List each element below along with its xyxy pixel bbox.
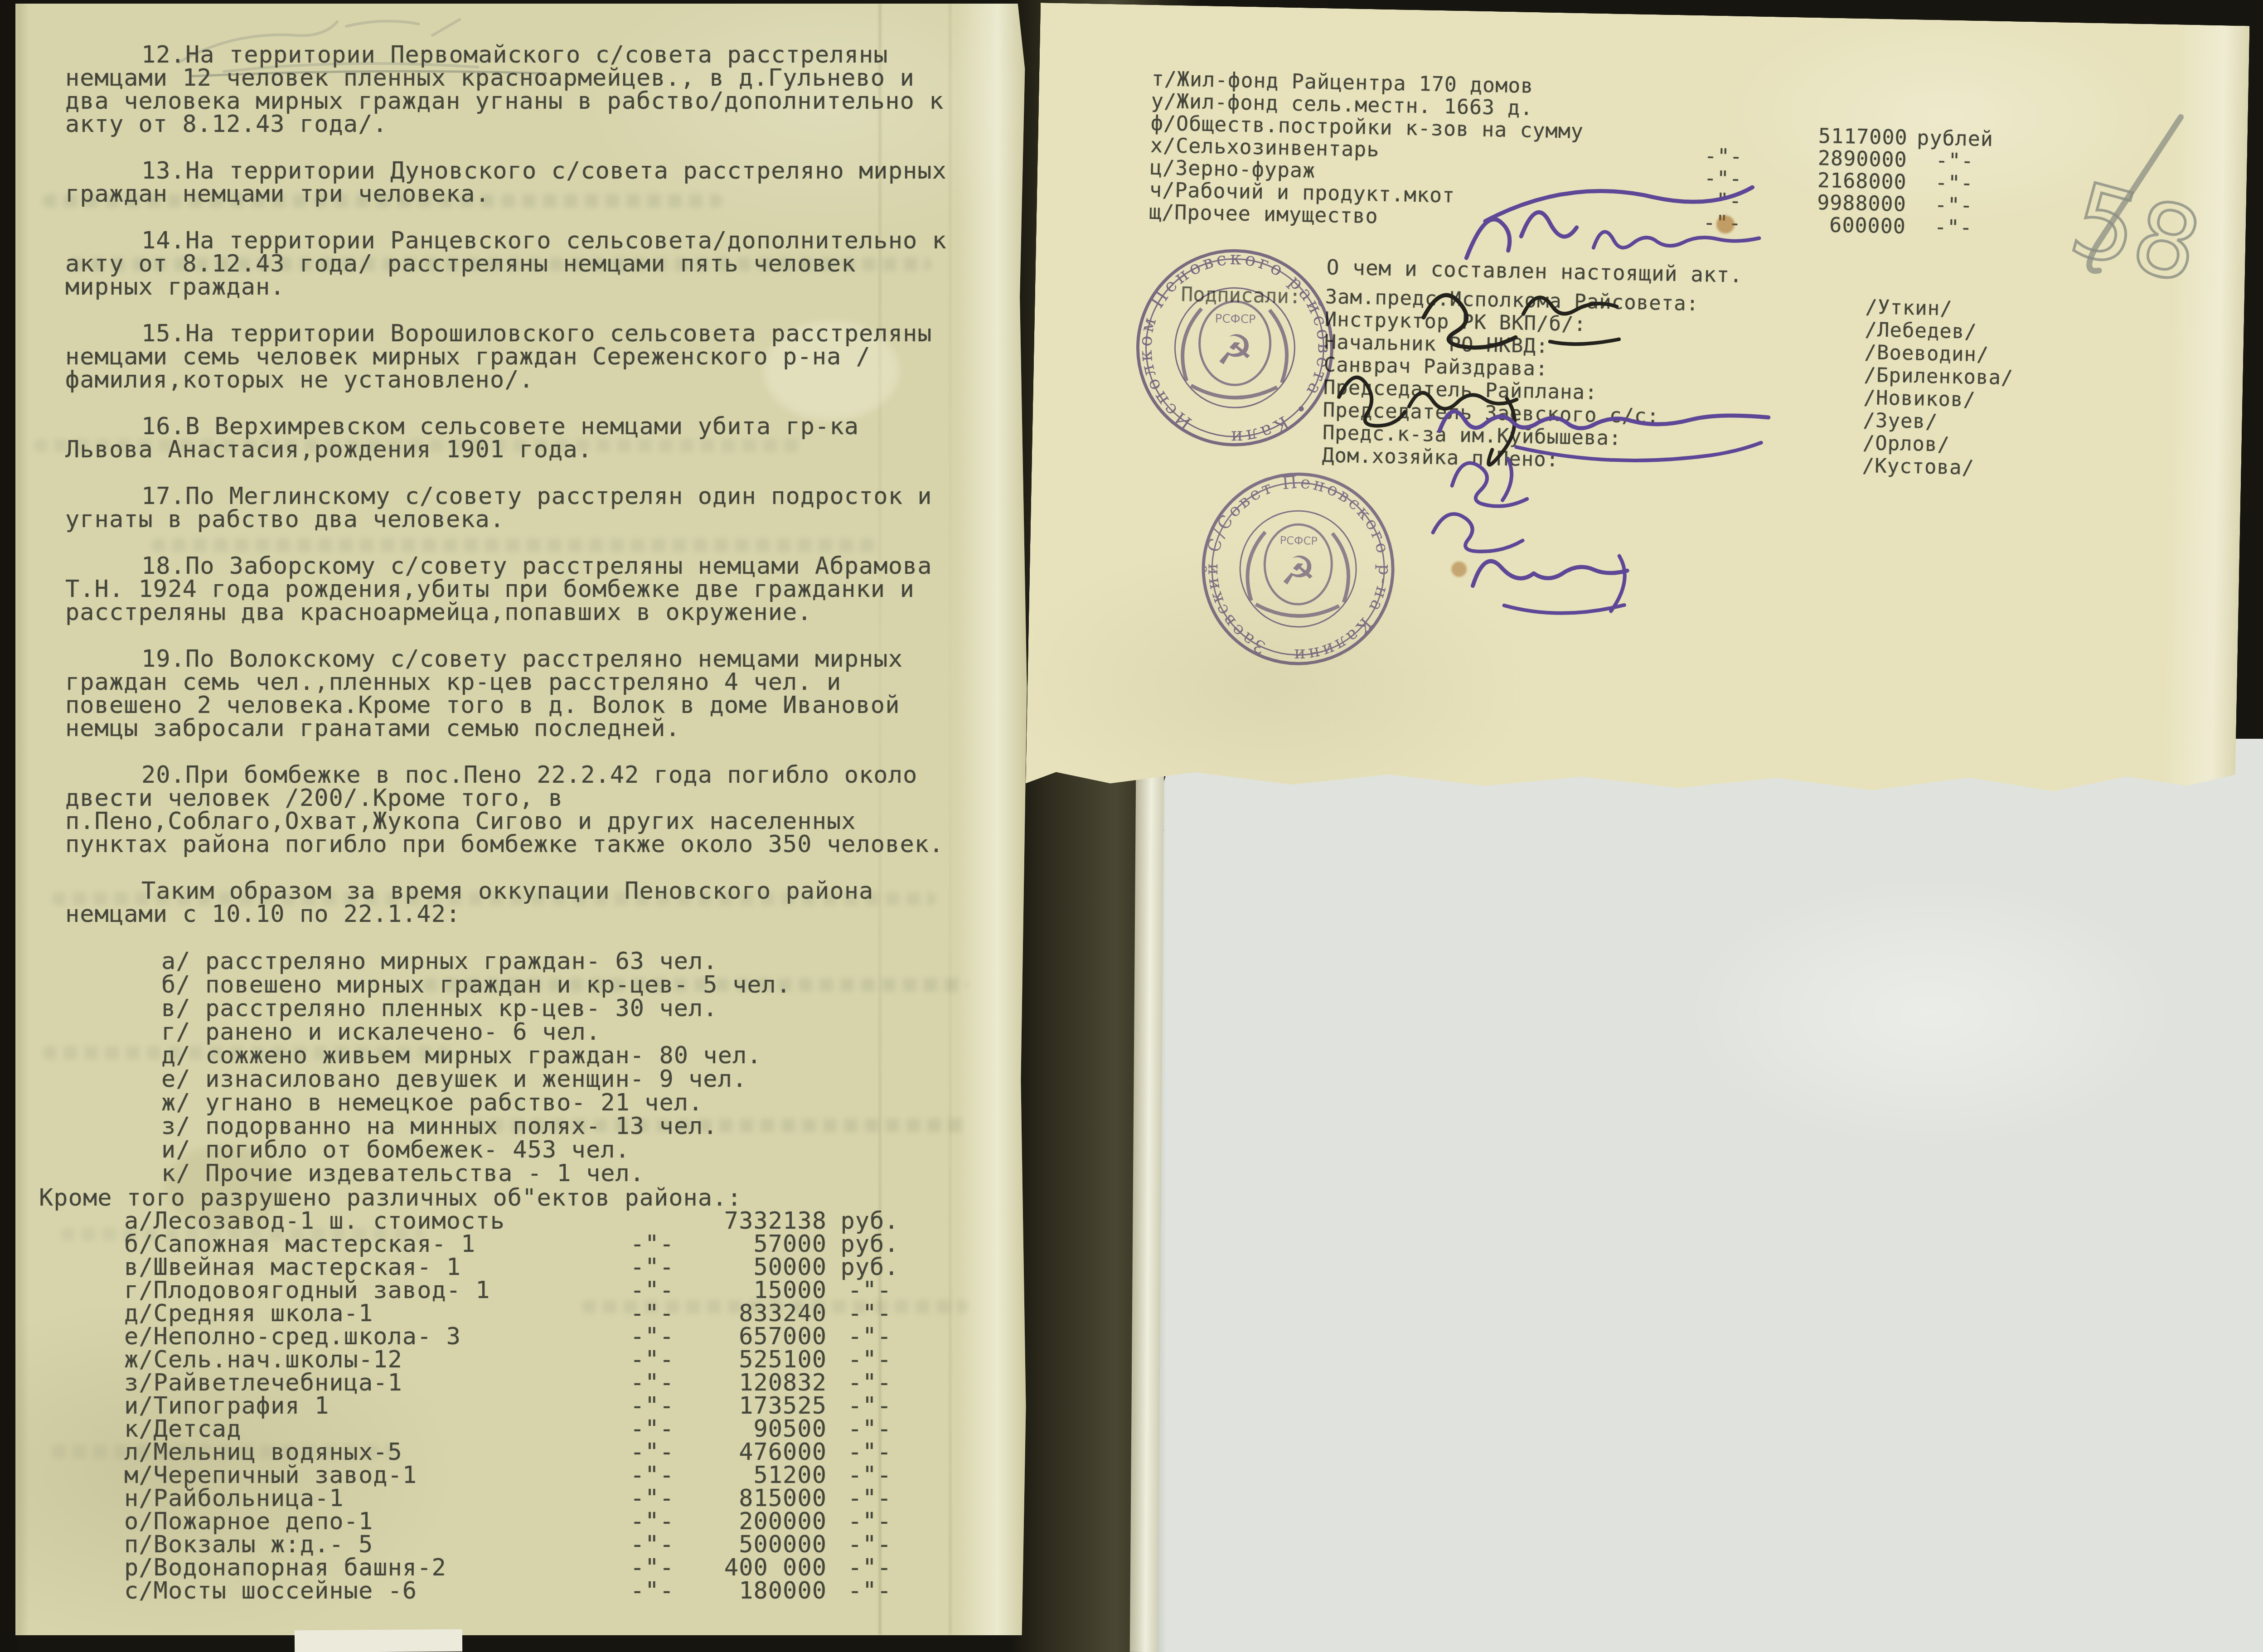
- destroyed-value: 476000: [691, 1441, 827, 1464]
- numbered-paragraphs: 12.На территории Первомайского с/совета …: [65, 44, 954, 856]
- destroyed-item: е/Неполно-сред.школа- 3: [124, 1325, 614, 1348]
- destroyed-item: к/Детсад: [124, 1418, 614, 1441]
- signature-names: /Уткин//Лебедев//Воеводин//Бриленкова//Н…: [1862, 296, 2015, 480]
- casualty-line: д/ сожжено живьем мирных граждан- 80 чел…: [65, 1044, 954, 1067]
- property-value: 2890000: [1762, 146, 1907, 171]
- destroyed-unit: руб.: [827, 1256, 913, 1279]
- property-unit: -"-: [1906, 171, 2002, 195]
- numbered-paragraph: 18.По Заборскому с/совету расстреляны не…: [65, 555, 954, 624]
- destroyed-item: н/Райбольница-1: [124, 1487, 614, 1510]
- destroyed-row: л/Мельниц водяных-5-"-476000-"-: [124, 1441, 954, 1464]
- page-number-text: 58: [2059, 161, 2212, 306]
- signature-typed-name: /Орлов/: [1862, 432, 2012, 457]
- casualty-line: и/ погибло от бомбежек- 453 чел.: [65, 1138, 954, 1162]
- rsfsr-emblem: РСФСР ☭: [1182, 300, 1288, 398]
- destroyed-row: м/Черепичный завод-1-"-51200-"-: [124, 1464, 954, 1487]
- destroyed-value: 200000: [691, 1510, 827, 1533]
- ditto-mark: [1686, 100, 1763, 123]
- destroyed-objects-table: а/Лесозавод-1 ш. стоимость7332138руб.б/С…: [65, 1210, 954, 1603]
- ditto-mark: -"-: [614, 1418, 691, 1441]
- destroyed-unit: -"-: [827, 1325, 913, 1348]
- destroyed-row: з/Райветлечебница-1-"-120832-"-: [124, 1371, 954, 1395]
- ditto-mark: -"-: [614, 1556, 691, 1579]
- destroyed-item: г/Плодовоягодный завод- 1: [124, 1279, 614, 1302]
- ditto-mark: -"-: [614, 1533, 691, 1556]
- numbered-paragraph: 15.На территории Ворошиловского сельсове…: [65, 322, 954, 392]
- property-unit: -"-: [1907, 149, 2002, 173]
- destroyed-unit: -"-: [827, 1395, 913, 1418]
- destroyed-value: 173525: [691, 1395, 827, 1418]
- ditto-mark: -"-: [614, 1441, 691, 1464]
- destroyed-item: о/Пожарное депо-1: [124, 1510, 614, 1533]
- casualty-line: б/ повешено мирных граждан и кр-цев- 5 ч…: [65, 973, 954, 997]
- ditto-mark: -"-: [614, 1233, 691, 1256]
- destroyed-unit: -"-: [827, 1464, 913, 1487]
- ispolkom-round-stamp: Исполком Пеновского райсовета • Калининс…: [1131, 244, 1339, 452]
- destroyed-value: 657000: [691, 1325, 827, 1348]
- destroyed-unit: -"-: [827, 1510, 913, 1533]
- svg-text:☭: ☭: [1280, 547, 1317, 594]
- zaevsky-selsovet-round-stamp: Заевский С/Совет Пеновского р-на Калинин…: [1197, 467, 1400, 670]
- destroyed-item: р/Водонапорная башня-2: [124, 1556, 614, 1579]
- summary-intro: Таким образом за время оккупации Пеновск…: [65, 880, 954, 926]
- destroyed-row: р/Водонапорная башня-2-"-400 000-"-: [124, 1556, 954, 1579]
- destroyed-value: 500000: [691, 1533, 827, 1556]
- signature-typed-name: /Бриленкова/: [1864, 364, 2014, 389]
- svg-text:РСФСР: РСФСР: [1279, 534, 1318, 547]
- casualty-line: з/ подорванно на минных полях- 13 чел.: [65, 1114, 954, 1138]
- destroyed-unit: руб.: [827, 1233, 913, 1256]
- destroyed-unit: -"-: [827, 1441, 913, 1464]
- signature-typed-name: /Новиков/: [1863, 387, 2013, 412]
- property-value: 9988000: [1761, 190, 1906, 215]
- numbered-paragraph: 13.На территории Дуновского с/совета рас…: [65, 160, 954, 206]
- destroyed-item: з/Райветлечебница-1: [124, 1371, 614, 1395]
- property-value: 600000: [1760, 213, 1906, 237]
- property-value: [1763, 79, 1909, 104]
- casualty-line: в/ расстреляно пленных кр-цев- 30 чел.: [65, 997, 954, 1020]
- destroyed-value: 15000: [691, 1279, 827, 1302]
- destroyed-item: ж/Сель.нач.школы-12: [124, 1348, 614, 1371]
- destroyed-value: 7332138: [691, 1210, 827, 1233]
- right-page: т/Жил-фонд Райцентра 170 домову/Жил-фонд…: [1025, 3, 2249, 823]
- destroyed-row: и/Типография 1-"-173525-"-: [124, 1395, 954, 1418]
- ditto-mark: [614, 1210, 691, 1233]
- destroyed-row: б/Сапожная мастерская- 1-"-57000руб.: [124, 1233, 954, 1256]
- ditto-mark: -"-: [614, 1464, 691, 1487]
- ditto-mark: -"-: [614, 1279, 691, 1302]
- ditto-mark: -"-: [1685, 144, 1762, 168]
- casualty-line: к/ Прочие издевательства - 1 чел.: [65, 1162, 954, 1185]
- property-value: 5117000: [1762, 124, 1908, 149]
- destroyed-value: 50000: [691, 1256, 827, 1279]
- ditto-mark: -"-: [614, 1348, 691, 1371]
- destroyed-unit: -"-: [827, 1556, 913, 1579]
- numbered-paragraph: 12.На территории Первомайского с/совета …: [65, 44, 954, 136]
- destroyed-unit: -"-: [827, 1579, 913, 1603]
- property-unit: [1908, 104, 2003, 128]
- ditto-mark: -"-: [614, 1487, 691, 1510]
- destroyed-row: н/Райбольница-1-"-815000-"-: [124, 1487, 954, 1510]
- destroyed-unit: -"-: [827, 1302, 913, 1325]
- destroyed-objects-header: Кроме того разрушено различных об"ектов …: [39, 1186, 954, 1210]
- ditto-mark: -"-: [614, 1302, 691, 1325]
- destroyed-row: ж/Сель.нач.школы-12-"-525100-"-: [124, 1348, 954, 1371]
- ditto-mark: -"-: [614, 1371, 691, 1395]
- destroyed-value: 90500: [691, 1418, 827, 1441]
- ditto-mark: -"-: [614, 1256, 691, 1279]
- svg-text:РСФСР: РСФСР: [1215, 312, 1256, 327]
- svg-text:☭: ☭: [1216, 326, 1254, 375]
- destroyed-unit: -"-: [827, 1533, 913, 1556]
- destroyed-value: 400 000: [691, 1556, 827, 1579]
- ditto-mark: -"-: [614, 1395, 691, 1418]
- signature-typed-name: /Воеводин/: [1864, 341, 2014, 367]
- signature-utkin-ink: [1457, 167, 1776, 280]
- typed-text-block: 12.На территории Первомайского с/совета …: [65, 44, 954, 1603]
- property-value: 2168000: [1761, 168, 1907, 193]
- signature-typed-name: /Кустова/: [1862, 455, 2012, 480]
- destroyed-value: 180000: [691, 1579, 827, 1603]
- destroyed-value: 57000: [691, 1233, 827, 1256]
- destroyed-row: п/Вокзалы ж:д.- 5-"-500000-"-: [124, 1533, 954, 1556]
- ditto-mark: -"-: [614, 1325, 691, 1348]
- casualty-line: ж/ угнано в немецкое рабство- 21 чел.: [65, 1091, 954, 1114]
- ditto-mark: -"-: [614, 1510, 691, 1533]
- underlying-sheet: [1155, 739, 2263, 1652]
- destroyed-item: п/Вокзалы ж:д.- 5: [124, 1533, 614, 1556]
- property-unit: рублей: [1907, 126, 2003, 150]
- destroyed-value: 51200: [691, 1464, 827, 1487]
- signature-typed-name: /Лебедев/: [1865, 319, 2015, 344]
- destroyed-unit: -"-: [827, 1487, 913, 1510]
- property-unit: -"-: [1905, 215, 2001, 239]
- signature-typed-name: /Уткин/: [1865, 296, 2015, 321]
- destroyed-item: и/Типография 1: [124, 1395, 614, 1418]
- numbered-paragraph: 14.На территории Ранцевского сельсовета/…: [65, 229, 954, 299]
- destroyed-item: в/Швейная мастерская- 1: [124, 1256, 614, 1279]
- destroyed-value: 833240: [691, 1302, 827, 1325]
- destroyed-row: д/Средняя школа-1-"-833240-"-: [124, 1302, 954, 1325]
- rsfsr-emblem: РСФСР ☭: [1247, 523, 1350, 617]
- left-page: 12.На территории Первомайского с/совета …: [15, 4, 1028, 1635]
- numbered-paragraph: 16.В Верхимревском сельсовете немцами уб…: [65, 415, 954, 461]
- destroyed-item: а/Лесозавод-1 ш. стоимость: [124, 1210, 614, 1233]
- destroyed-item: м/Черепичный завод-1: [124, 1464, 614, 1487]
- casualty-line: е/ изнасиловано девушек и женщин- 9 чел.: [65, 1067, 954, 1091]
- property-unit: -"-: [1906, 193, 2001, 217]
- destroyed-row: е/Неполно-сред.школа- 3-"-657000-"-: [124, 1325, 954, 1348]
- destroyed-unit: руб.: [827, 1210, 913, 1233]
- casualty-line: а/ расстреляно мирных граждан- 63 чел.: [65, 950, 954, 973]
- destroyed-unit: -"-: [827, 1371, 913, 1395]
- signature-kustova-ink: [1459, 518, 1655, 623]
- destroyed-row: к/Детсад-"-90500-"-: [124, 1418, 954, 1441]
- signature-typed-name: /Зуев/: [1863, 409, 2013, 435]
- destroyed-value: 815000: [691, 1487, 827, 1510]
- destroyed-item: д/Средняя школа-1: [124, 1302, 614, 1325]
- destroyed-unit: -"-: [827, 1348, 913, 1371]
- casualty-line: г/ ранено и искалечено- 6 чел.: [65, 1020, 954, 1044]
- pencil-page-number: 58: [2028, 108, 2195, 292]
- ditto-mark: -"-: [614, 1579, 691, 1603]
- destroyed-row: с/Мосты шоссейные -6-"-180000-"-: [124, 1579, 954, 1603]
- numbered-paragraph: 19.По Волокскому с/совету расстреляно не…: [65, 648, 954, 740]
- destroyed-item: б/Сапожная мастерская- 1: [124, 1233, 614, 1256]
- destroyed-unit: -"-: [827, 1279, 913, 1302]
- destroyed-row: г/Плодовоягодный завод- 1-"-15000-"-: [124, 1279, 954, 1302]
- destroyed-row: в/Швейная мастерская- 1-"-50000руб.: [124, 1256, 954, 1279]
- torn-paper-sliver: [295, 1629, 462, 1652]
- numbered-paragraph: 17.По Меглинскому с/совету расстрелян од…: [65, 485, 954, 531]
- casualty-list: а/ расстреляно мирных граждан- 63 чел.б/…: [65, 950, 954, 1185]
- destroyed-row: а/Лесозавод-1 ш. стоимость7332138руб.: [124, 1210, 954, 1233]
- property-value: [1763, 102, 1908, 126]
- destroyed-item: с/Мосты шоссейные -6: [124, 1579, 614, 1603]
- destroyed-row: о/Пожарное депо-1-"-200000-"-: [124, 1510, 954, 1533]
- property-unit: [1908, 82, 2004, 106]
- ditto-mark: [1685, 122, 1763, 145]
- scanned-document-spread: 12.На территории Первомайского с/совета …: [0, 0, 2263, 1652]
- destroyed-value: 120832: [691, 1371, 827, 1395]
- binding-edge: [0, 0, 17, 1652]
- ditto-mark: [1686, 78, 1764, 101]
- numbered-paragraph: 20.При бомбежке в пос.Пено 22.2.42 года …: [65, 764, 954, 856]
- destroyed-item: л/Мельниц водяных-5: [124, 1441, 614, 1464]
- destroyed-unit: -"-: [827, 1418, 913, 1441]
- destroyed-value: 525100: [691, 1348, 827, 1371]
